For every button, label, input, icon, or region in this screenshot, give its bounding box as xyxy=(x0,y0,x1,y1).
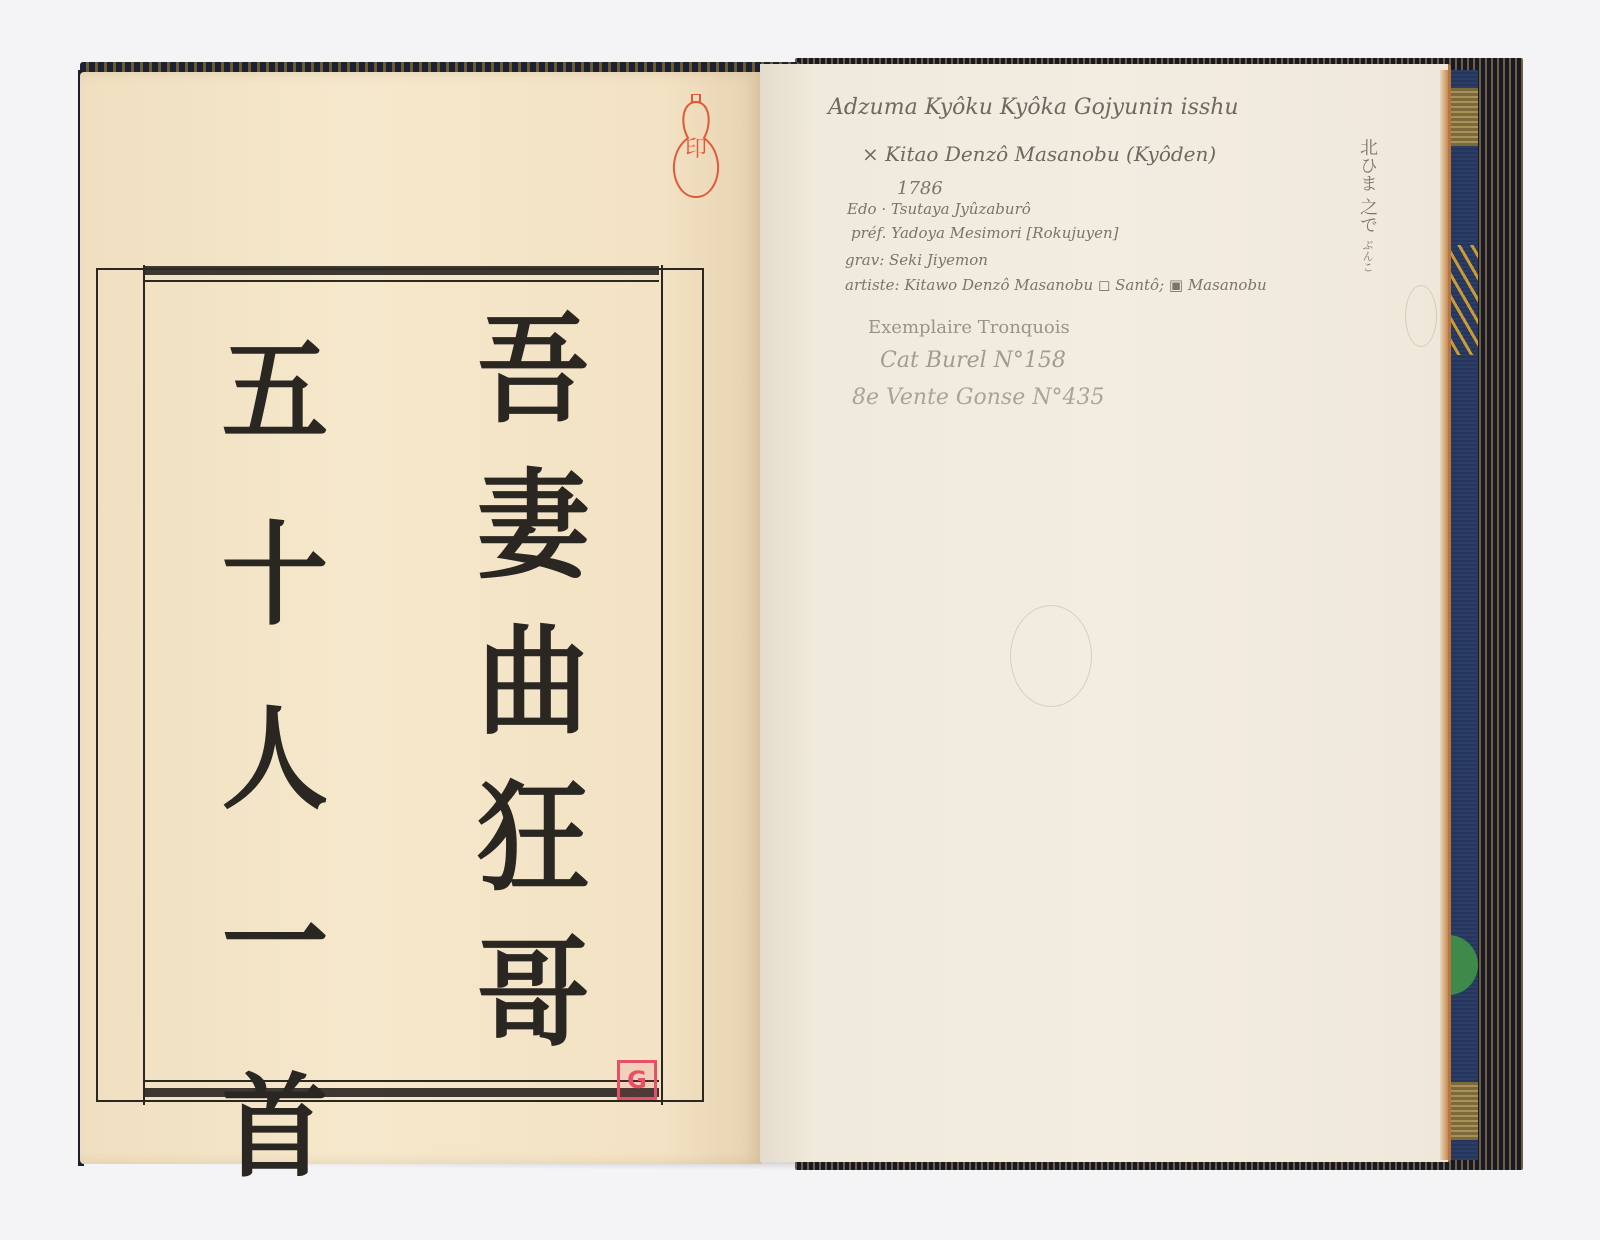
title-column-right: 吾 妻 曲 狂 哥 xyxy=(458,292,608,1072)
title-char: 狂 xyxy=(477,760,589,916)
note-engraver: grav: Seki Jiyemon xyxy=(845,251,988,269)
vertical-note-main: 北ひま 之で xyxy=(1357,138,1378,234)
title-char: 一 xyxy=(222,852,328,1036)
note-author: × Kitao Denzô Masanobu (Kyôden) xyxy=(862,142,1216,166)
title-char: 吾 xyxy=(477,292,589,448)
frame-line-top xyxy=(145,280,659,282)
spine-pattern xyxy=(1448,245,1478,355)
gourd-seal-icon: 印 xyxy=(668,94,724,204)
note-title: Adzuma Kyôku Kyôka Gojyunin isshu xyxy=(828,95,1239,120)
title-char: 哥 xyxy=(477,916,589,1072)
title-char: 五 xyxy=(222,300,328,484)
vertical-note: 北ひま 之で ぶんこ xyxy=(1350,138,1380,272)
title-char: 首 xyxy=(222,1036,328,1220)
paper-stain xyxy=(1010,605,1092,707)
note-preface: préf. Yadoya Mesimori [Rokujuyen] xyxy=(851,224,1119,242)
note-year: 1786 xyxy=(897,178,943,199)
title-char: 十 xyxy=(222,484,328,668)
title-char: 人 xyxy=(222,668,328,852)
title-char: 妻 xyxy=(477,448,589,604)
spine-cap-bottom xyxy=(1448,1082,1478,1140)
spine-cap-top xyxy=(1448,88,1478,146)
paper-stain xyxy=(1405,285,1437,347)
note-publisher: Edo · Tsutaya Jyûzaburô xyxy=(847,200,1031,218)
frame-bar-top xyxy=(145,266,659,275)
note-catalog: Cat Burel N°158 xyxy=(880,348,1066,373)
square-seal-icon: G xyxy=(617,1060,657,1100)
right-page-edge xyxy=(1440,70,1448,1160)
note-artist: artiste: Kitawo Denzô Masanobu ◻ Santô; … xyxy=(845,276,1267,294)
svg-text:印: 印 xyxy=(685,137,707,162)
title-column-left: 五 十 人 一 首 xyxy=(200,300,350,1220)
vertical-note-small: ぶんこ xyxy=(1361,239,1374,272)
note-sale: 8e Vente Gonse N°435 xyxy=(852,385,1104,410)
title-char: 曲 xyxy=(477,604,589,760)
book-spine xyxy=(1448,70,1478,1160)
note-provenance: Exemplaire Tronquois xyxy=(868,317,1070,338)
